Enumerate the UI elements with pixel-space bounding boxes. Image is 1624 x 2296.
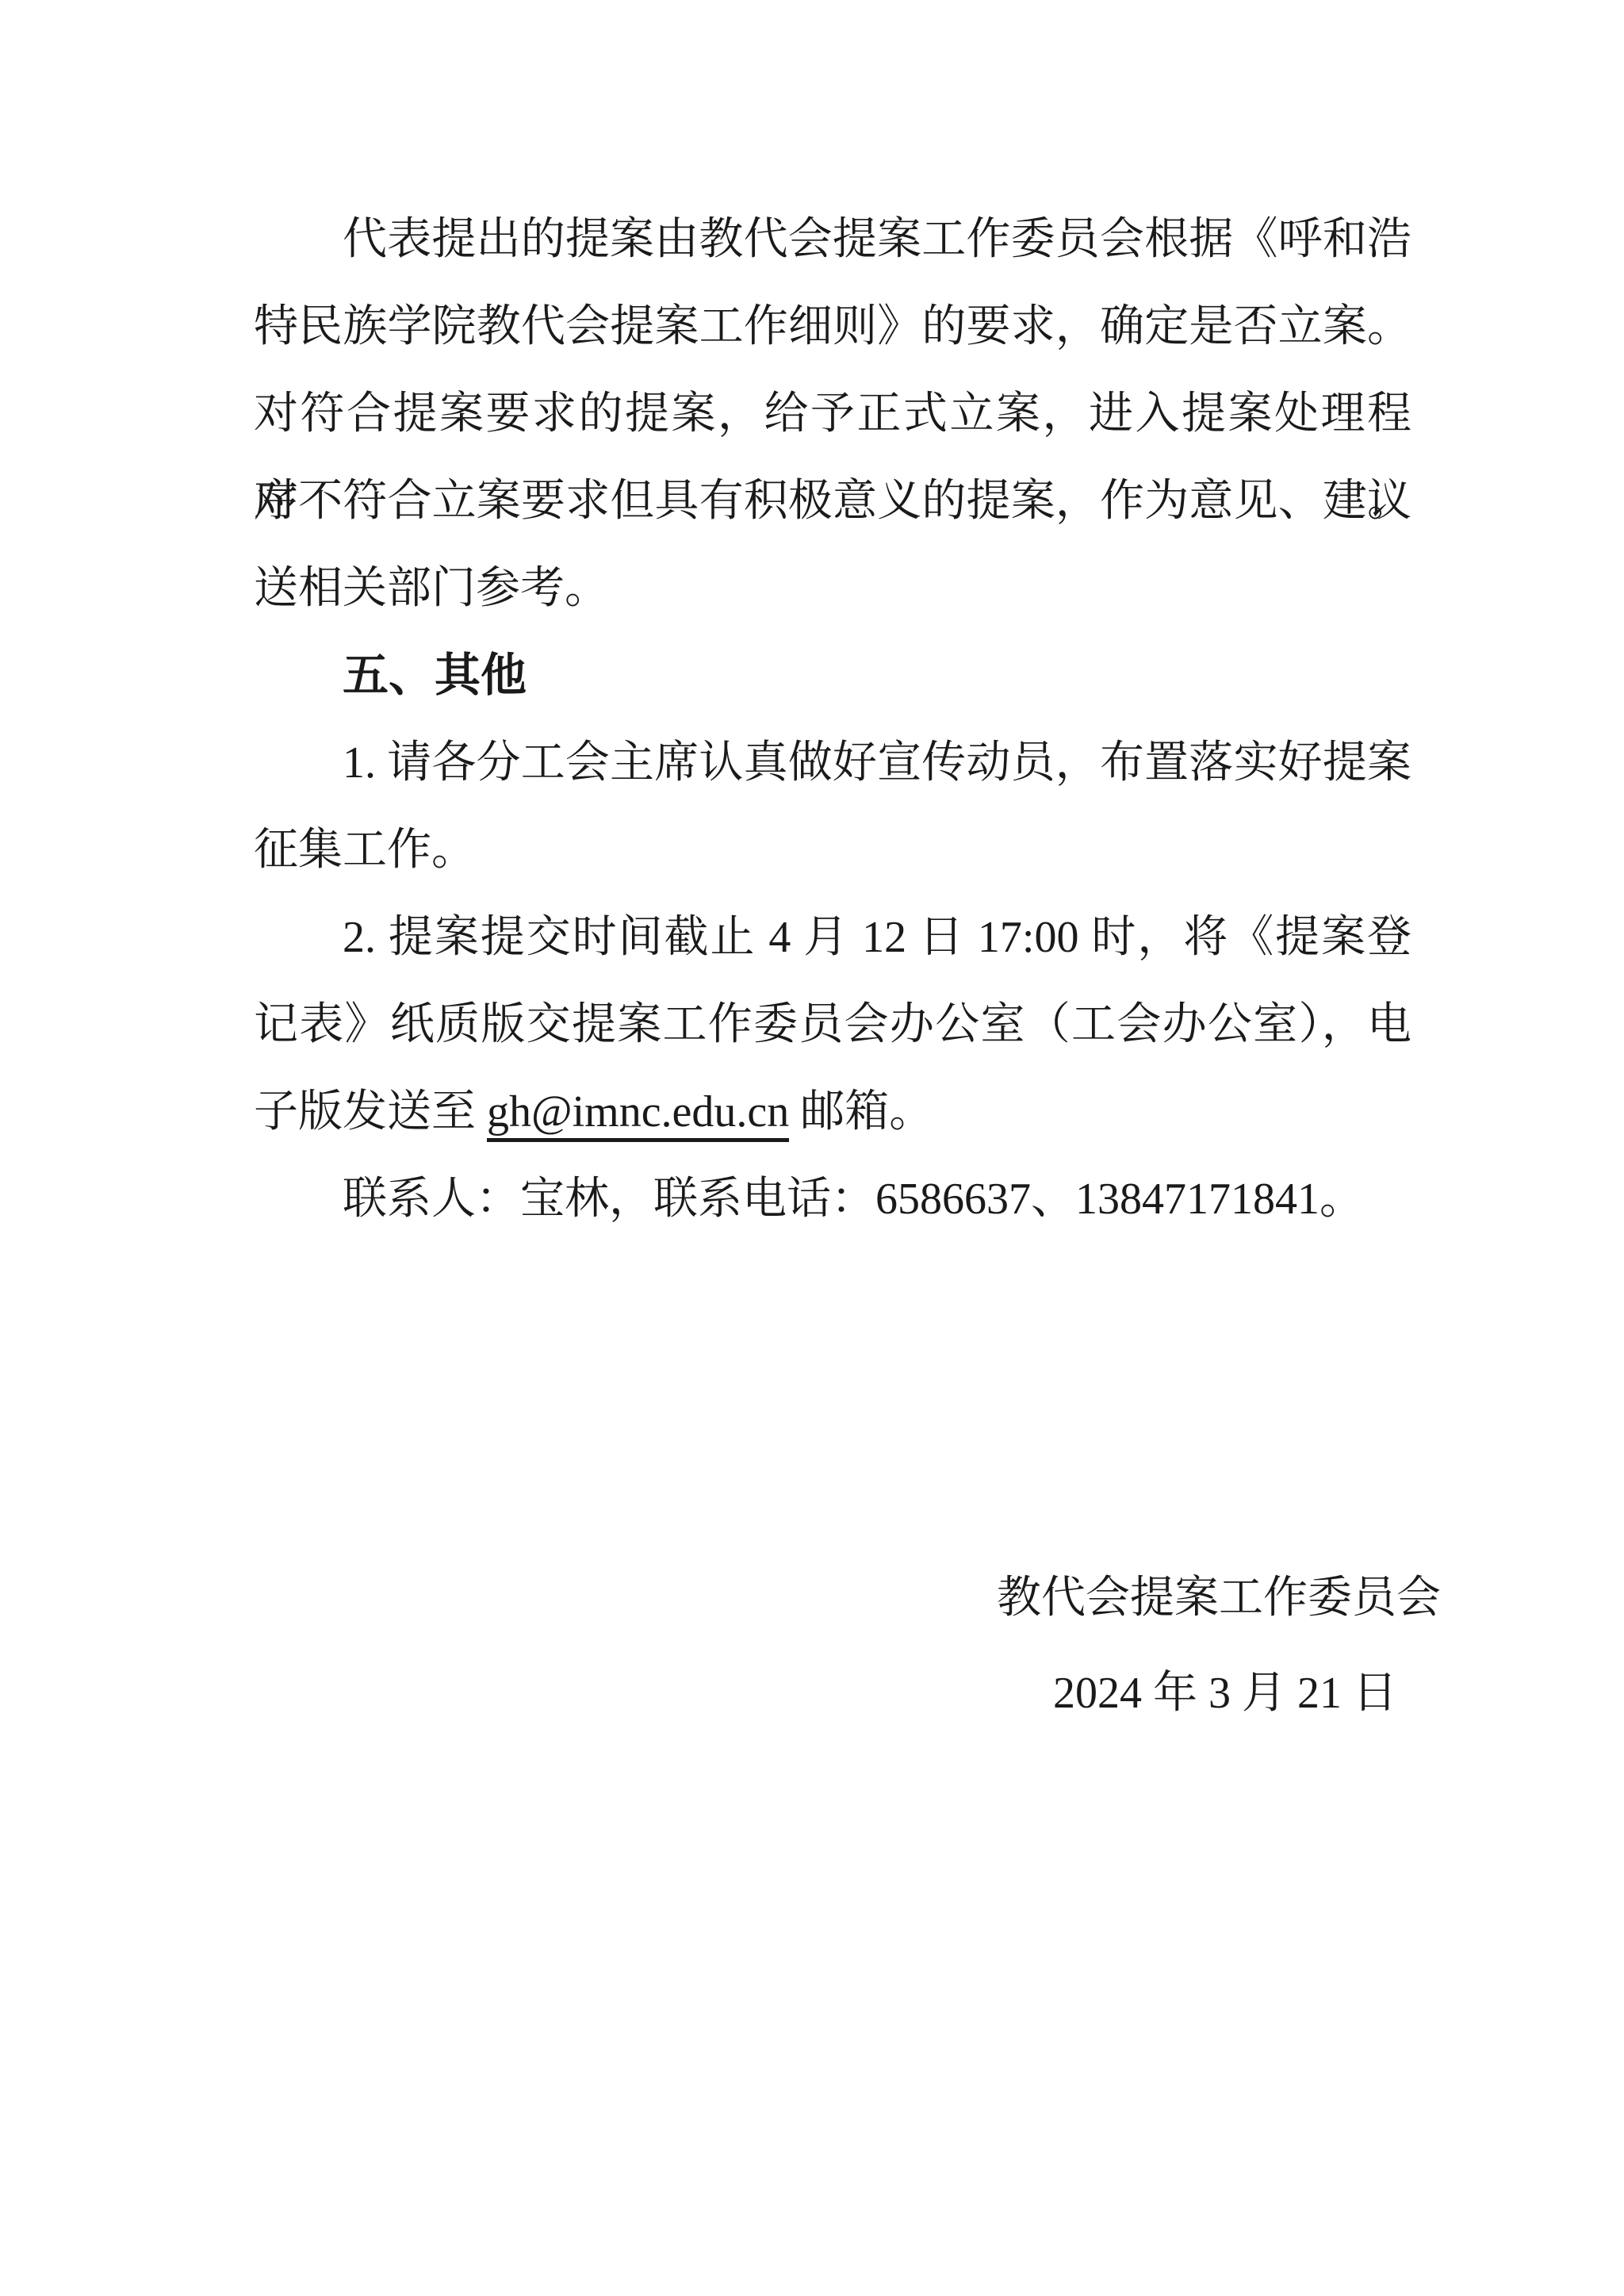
email-text: gh@imnc.edu.cn [487,1087,789,1142]
paragraph-line: 征集工作。 [254,807,1411,894]
document-page: 代表提出的提案由教代会提案工作委员会根据《呼和浩 特民族学院教代会提案工作细则》… [0,0,1624,2296]
paragraph-text: 子版发送至 [254,1087,487,1137]
paragraph-line: 特民族学院教代会提案工作细则》的要求，确定是否立案。 [254,283,1411,370]
paragraph-line: 对不符合立案要求但具有积极意义的提案，作为意见、建议 [254,458,1411,545]
paragraph-line: 2. 提案提交时间截止 4 月 12 日 17:00 时，将《提案登 [254,894,1411,981]
paragraph-line: 对符合提案要求的提案，给予正式立案，进入提案处理程序。 [254,370,1411,458]
document-body: 代表提出的提案由教代会提案工作委员会根据《呼和浩 特民族学院教代会提案工作细则》… [254,196,1411,1737]
signature-date: 2024 年 3 月 21 日 [254,1650,1441,1737]
paragraph-line: 记表》纸质版交提案工作委员会办公室（工会办公室），电 [254,981,1411,1068]
paragraph-line: 子版发送至 gh@imnc.edu.cn 邮箱。 [254,1068,1411,1156]
paragraph-text: 邮箱。 [789,1087,933,1137]
signature-block: 教代会提案工作委员会 2024 年 3 月 21 日 [254,1554,1441,1737]
paragraph-line: 送相关部门参考。 [254,545,1411,632]
paragraph-line: 1. 请各分工会主席认真做好宣传动员，布置落实好提案 [254,719,1411,807]
section-heading: 五、其他 [254,632,1411,719]
signature-committee: 教代会提案工作委员会 [254,1554,1441,1642]
contact-line: 联系人：宝林，联系电话：6586637、13847171841。 [254,1156,1411,1243]
paragraph-line: 代表提出的提案由教代会提案工作委员会根据《呼和浩 [254,196,1411,283]
